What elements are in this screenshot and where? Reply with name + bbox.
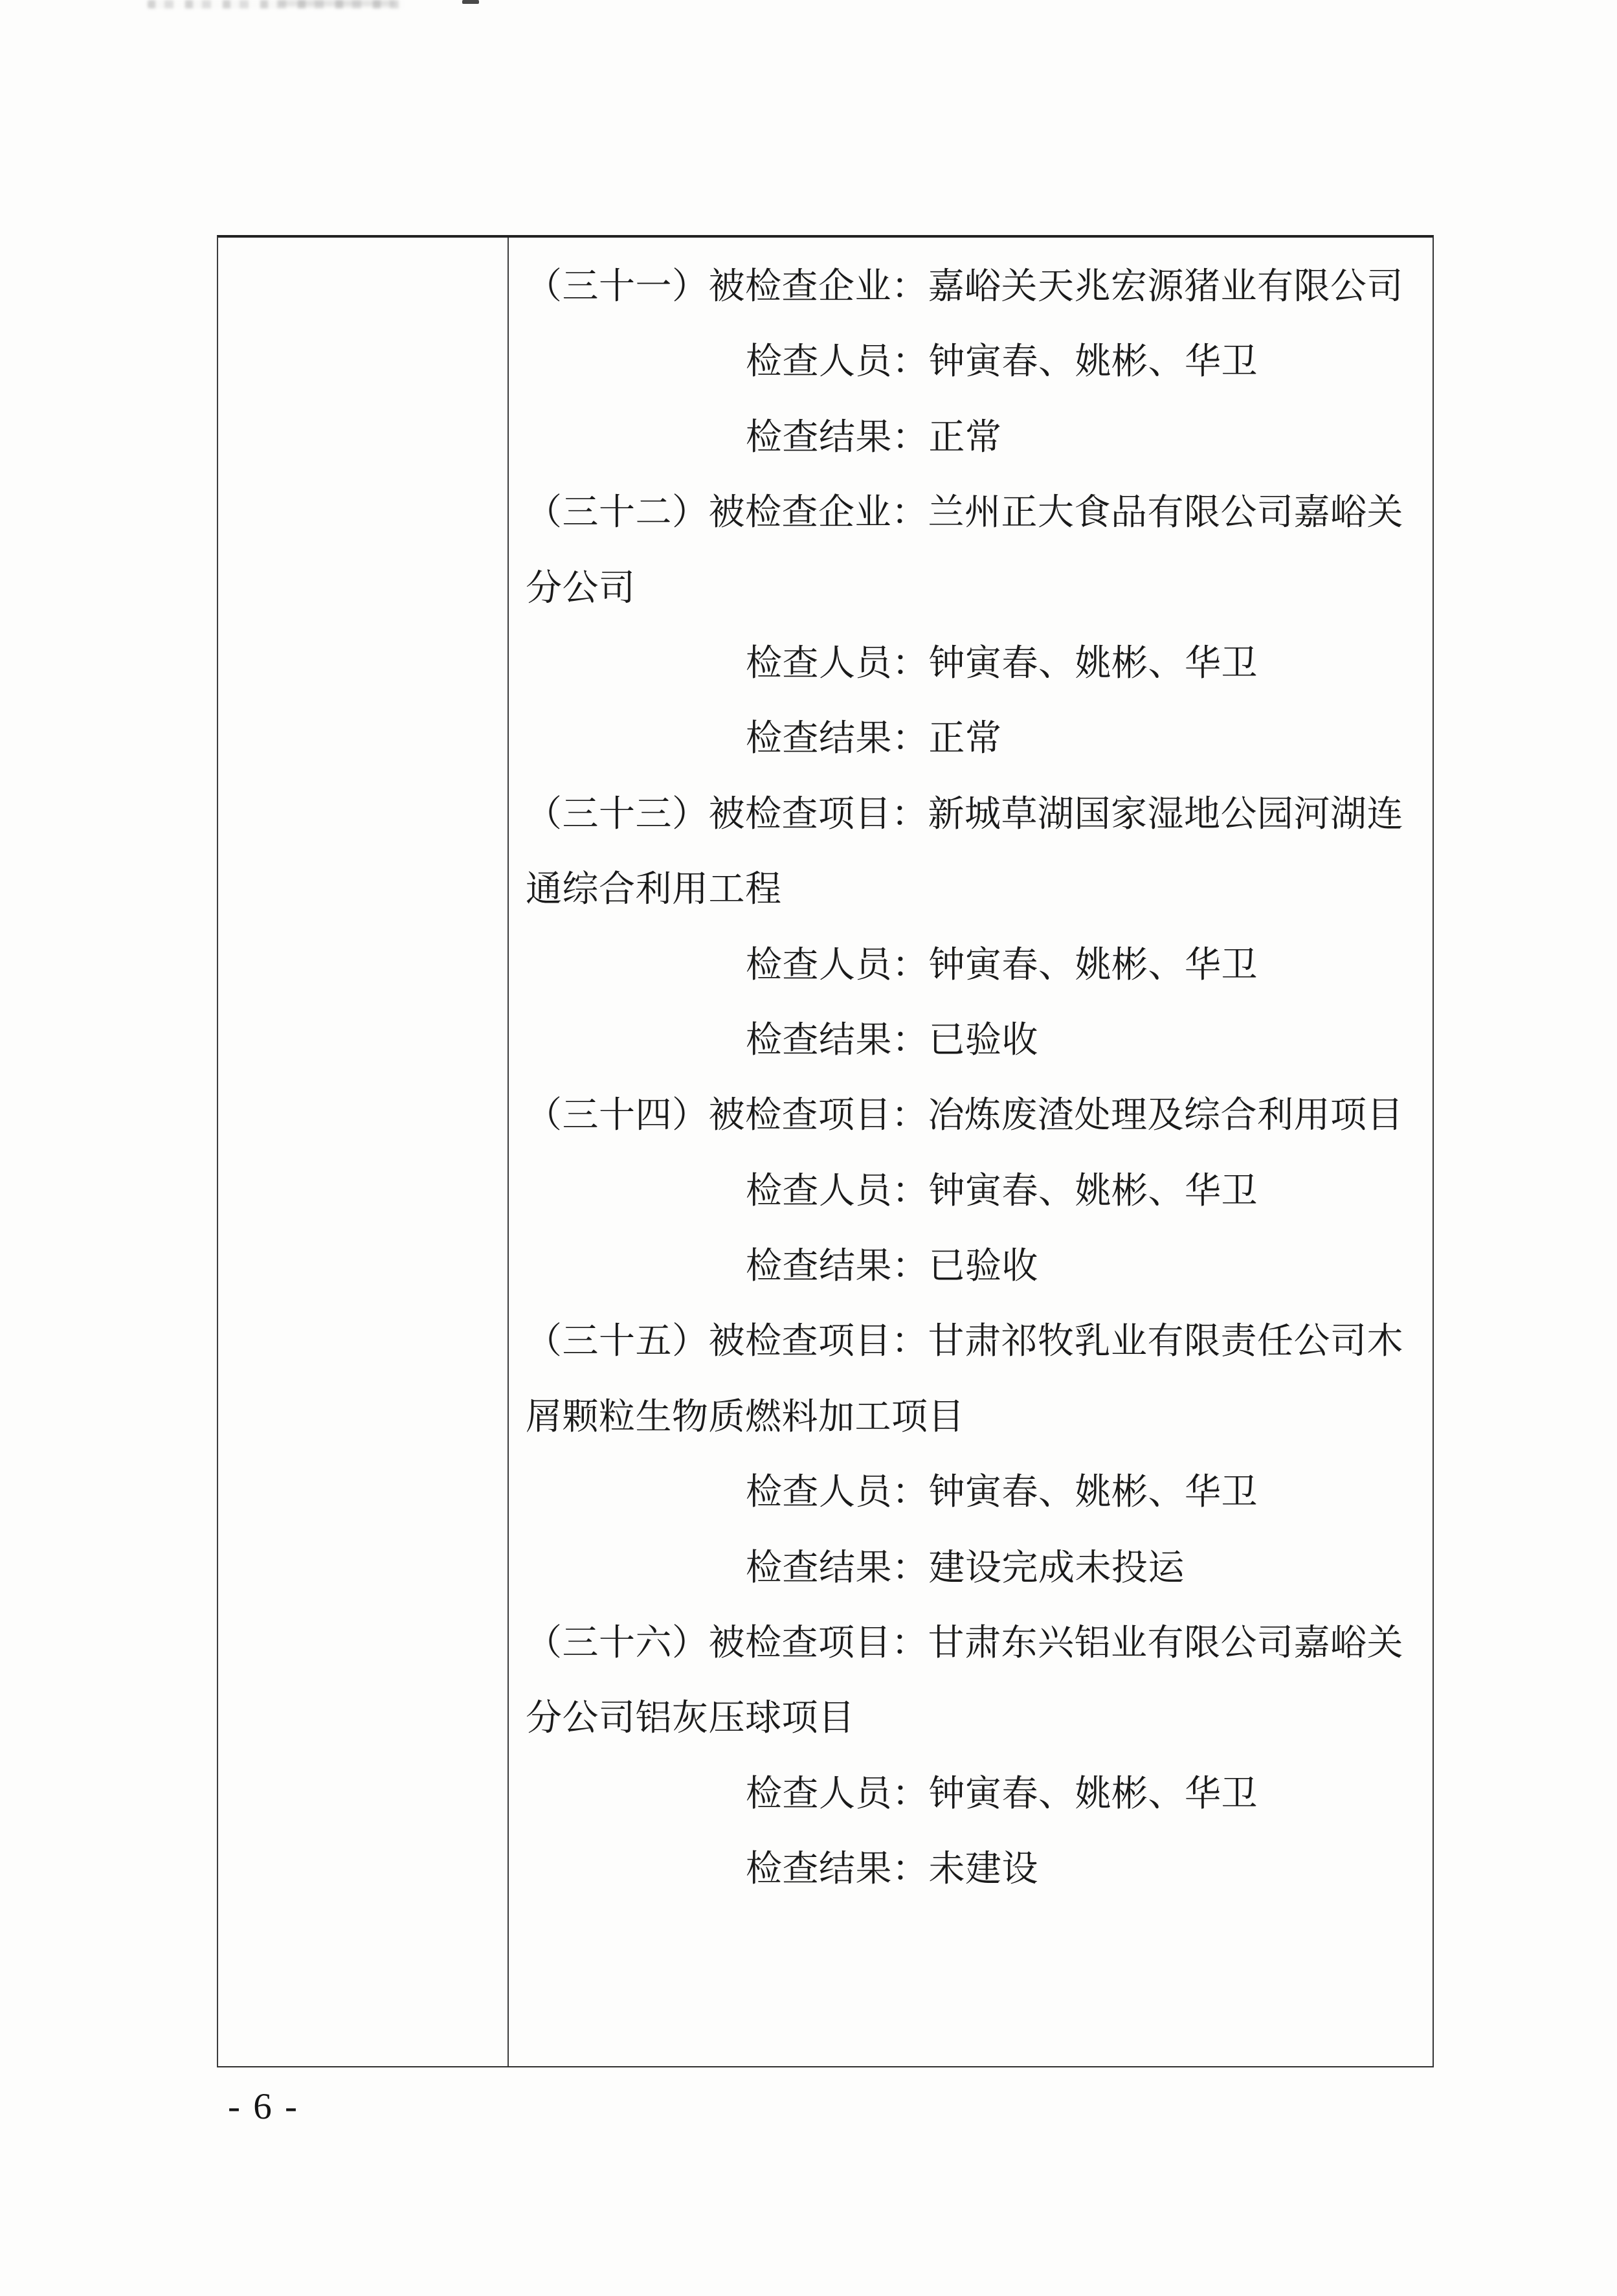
text-line: 屑颗粒生物质燃料加工项目 <box>509 1380 1433 1455</box>
text-line: 分公司铝灰压球项目 <box>509 1681 1433 1756</box>
text-line: 检查人员：钟寅春、姚彬、华卫 <box>509 324 1433 400</box>
page-number: - 6 - <box>228 2088 299 2126</box>
scan-artifact-dash <box>462 0 479 4</box>
text-line: （三十一）被检查企业：嘉峪关天兆宏源猪业有限公司 <box>509 249 1433 324</box>
text-line: （三十二）被检查企业：兰州正大食品有限公司嘉峪关 <box>509 475 1433 550</box>
text-line: 检查结果：正常 <box>509 400 1433 475</box>
text-line: （三十三）被检查项目：新城草湖国家湿地公园河湖连 <box>509 777 1433 852</box>
document-page: （三十一）被检查企业：嘉峪关天兆宏源猪业有限公司检查人员：钟寅春、姚彬、华卫检查… <box>0 0 1617 2296</box>
text-line: 检查人员：钟寅春、姚彬、华卫 <box>509 1757 1433 1832</box>
inspection-record-table: （三十一）被检查企业：嘉峪关天兆宏源猪业有限公司检查人员：钟寅春、姚彬、华卫检查… <box>217 235 1434 2067</box>
text-line: 检查人员：钟寅春、姚彬、华卫 <box>509 626 1433 701</box>
text-line: （三十五）被检查项目：甘肃祁牧乳业有限责任公司木 <box>509 1304 1433 1379</box>
text-line: 检查结果：建设完成未投运 <box>509 1531 1433 1606</box>
text-line: 分公司 <box>509 551 1433 626</box>
text-line: 检查人员：钟寅春、姚彬、华卫 <box>509 1154 1433 1229</box>
text-line: （三十四）被检查项目：冶炼废渣处理及综合利用项目 <box>509 1078 1433 1153</box>
scan-artifact-smudge <box>278 0 395 6</box>
text-line: 检查人员：钟寅春、姚彬、华卫 <box>509 1455 1433 1530</box>
text-line: 通综合利用工程 <box>509 852 1433 927</box>
text-line: 检查结果：正常 <box>509 701 1433 776</box>
table-text-column: （三十一）被检查企业：嘉峪关天兆宏源猪业有限公司检查人员：钟寅春、姚彬、华卫检查… <box>509 249 1433 1908</box>
text-line: 检查结果：已验收 <box>509 1003 1433 1078</box>
table-left-column <box>218 238 507 2066</box>
text-line: 检查人员：钟寅春、姚彬、华卫 <box>509 928 1433 1003</box>
text-line: （三十六）被检查项目：甘肃东兴铝业有限公司嘉峪关 <box>509 1606 1433 1681</box>
text-line: 检查结果：未建设 <box>509 1832 1433 1907</box>
text-line: 检查结果：已验收 <box>509 1229 1433 1304</box>
